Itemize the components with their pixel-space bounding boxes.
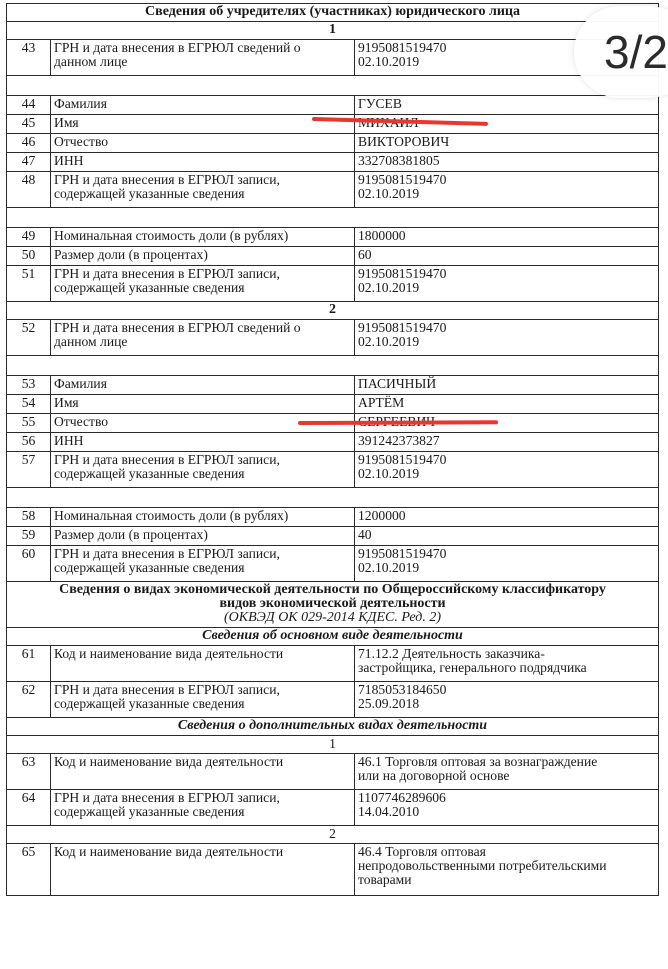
- row-number: 45: [7, 115, 51, 134]
- empty-cell: [7, 488, 659, 508]
- row-label: Код и наименование вида деятельности: [51, 646, 355, 682]
- table-row: 54ИмяАРТЁМ: [7, 395, 659, 414]
- row-value-line: 02.10.2019: [358, 561, 655, 575]
- row-value-line: непродовольственными потребительскими: [358, 859, 655, 873]
- row-label-line: ГРН и дата внесения в ЕГРЮЛ записи,: [54, 791, 351, 805]
- table-row: 53ФамилияПАСИЧНЫЙ: [7, 376, 659, 395]
- row-label-line: содержащей указанные сведения: [54, 561, 351, 575]
- row-label-line: ИНН: [54, 154, 351, 168]
- row-label-line: ГРН и дата внесения в ЕГРЮЛ записи,: [54, 173, 351, 187]
- row-number: 65: [7, 844, 51, 896]
- founder-index: 2: [7, 302, 659, 320]
- row-value-line: 9195081519470: [358, 321, 655, 335]
- row-label-line: ГРН и дата внесения в ЕГРЮЛ записи,: [54, 547, 351, 561]
- row-value: 919508151947002.10.2019: [355, 452, 659, 488]
- row-value: 919508151947002.10.2019: [355, 172, 659, 208]
- row-value-line: или на договорной основе: [358, 769, 655, 783]
- row-value: ГУСЕВ: [355, 96, 659, 115]
- row-value-line: 9195081519470: [358, 547, 655, 561]
- row-label-line: ГРН и дата внесения в ЕГРЮЛ сведений о: [54, 41, 351, 55]
- table-row: 56ИНН391242373827: [7, 433, 659, 452]
- row-value-line: 9195081519470: [358, 453, 655, 467]
- row-label: Номинальная стоимость доли (в рублях): [51, 228, 355, 247]
- row-label: Имя: [51, 395, 355, 414]
- row-number: 57: [7, 452, 51, 488]
- row-number: 47: [7, 153, 51, 172]
- founders-section-title-row: Сведения об учредителях (участниках) юри…: [7, 4, 659, 22]
- table-row: 61Код и наименование вида деятельности71…: [7, 646, 659, 682]
- spacer-row: [7, 356, 659, 376]
- row-number: 60: [7, 546, 51, 582]
- founder-index-text: 2: [10, 303, 655, 317]
- founders-activity-table: Сведения об учредителях (участниках) юри…: [6, 3, 659, 896]
- row-value-line: 14.04.2010: [358, 805, 655, 819]
- row-label: Фамилия: [51, 96, 355, 115]
- activity-index-text: 2: [10, 827, 655, 841]
- okved-section-title: Сведения о видах экономической деятельно…: [7, 582, 659, 628]
- row-label-line: Код и наименование вида деятельности: [54, 755, 351, 769]
- row-number: 51: [7, 266, 51, 302]
- row-value-line: ВИКТОРОВИЧ: [358, 135, 655, 149]
- row-number: 59: [7, 527, 51, 546]
- row-number: 54: [7, 395, 51, 414]
- row-number: 44: [7, 96, 51, 115]
- row-value-line: 46.4 Торговля оптовая: [358, 845, 655, 859]
- row-label: Фамилия: [51, 376, 355, 395]
- row-value-line: 46.1 Торговля оптовая за вознаграждение: [358, 755, 655, 769]
- row-number: 52: [7, 320, 51, 356]
- okved-section-title-text: Сведения о видах экономической деятельно…: [10, 583, 655, 597]
- row-label-line: содержащей указанные сведения: [54, 467, 351, 481]
- row-value: 718505318465025.09.2018: [355, 682, 659, 718]
- row-value: МИХАИЛ: [355, 115, 659, 134]
- row-value-line: 25.09.2018: [358, 697, 655, 711]
- row-label-line: Номинальная стоимость доли (в рублях): [54, 229, 351, 243]
- row-label: ГРН и дата внесения в ЕГРЮЛ записи,содер…: [51, 452, 355, 488]
- founder-index: 1: [7, 22, 659, 40]
- table-row: 48ГРН и дата внесения в ЕГРЮЛ записи,сод…: [7, 172, 659, 208]
- row-number: 48: [7, 172, 51, 208]
- row-number: 43: [7, 40, 51, 76]
- row-number: 63: [7, 754, 51, 790]
- row-value-line: 71.12.2 Деятельность заказчика-: [358, 647, 655, 661]
- table-row: 44ФамилияГУСЕВ: [7, 96, 659, 115]
- row-label-line: Имя: [54, 116, 351, 130]
- spacer-row: [7, 488, 659, 508]
- okved-section-title-row: Сведения о видах экономической деятельно…: [7, 582, 659, 628]
- activity-index: 2: [7, 826, 659, 844]
- row-label: Имя: [51, 115, 355, 134]
- founder-index-row: 1: [7, 22, 659, 40]
- row-label-line: Код и наименование вида деятельности: [54, 845, 351, 859]
- table-row: 43ГРН и дата внесения в ЕГРЮЛ сведений о…: [7, 40, 659, 76]
- empty-cell: [7, 356, 659, 376]
- spacer-row: [7, 76, 659, 96]
- table-row: 46ОтчествоВИКТОРОВИЧ: [7, 134, 659, 153]
- additional-activity-title-text: Сведения о дополнительных видах деятельн…: [10, 719, 655, 733]
- row-value-line: застройщика, генерального подрядчика: [358, 661, 655, 675]
- row-value: 919508151947002.10.2019: [355, 266, 659, 302]
- row-value: АРТЁМ: [355, 395, 659, 414]
- founders-section-title-text: Сведения об учредителях (участниках) юри…: [10, 5, 655, 19]
- empty-cell: [7, 76, 659, 96]
- row-label: ГРН и дата внесения в ЕГРЮЛ записи,содер…: [51, 790, 355, 826]
- table-row: 58Номинальная стоимость доли (в рублях)1…: [7, 508, 659, 527]
- row-value-line: 1107746289606: [358, 791, 655, 805]
- row-value-line: 02.10.2019: [358, 187, 655, 201]
- row-label-line: данном лице: [54, 335, 351, 349]
- row-label: Размер доли (в процентах): [51, 527, 355, 546]
- row-label-line: Фамилия: [54, 377, 351, 391]
- empty-cell: [7, 208, 659, 228]
- row-value-line: 40: [358, 528, 655, 542]
- main-activity-title-row: Сведения об основном виде деятельности: [7, 628, 659, 646]
- main-activity-title: Сведения об основном виде деятельности: [7, 628, 659, 646]
- row-label: ГРН и дата внесения в ЕГРЮЛ записи,содер…: [51, 266, 355, 302]
- row-label-line: содержащей указанные сведения: [54, 187, 351, 201]
- table-row: 49Номинальная стоимость доли (в рублях)1…: [7, 228, 659, 247]
- row-value-line: АРТЁМ: [358, 396, 655, 410]
- row-label: Код и наименование вида деятельности: [51, 844, 355, 896]
- additional-activity-title: Сведения о дополнительных видах деятельн…: [7, 718, 659, 736]
- table-row: 65Код и наименование вида деятельности46…: [7, 844, 659, 896]
- row-value: 919508151947002.10.2019: [355, 320, 659, 356]
- founder-index-text: 1: [10, 23, 655, 37]
- row-value-line: 02.10.2019: [358, 467, 655, 481]
- table-row: 59Размер доли (в процентах)40: [7, 527, 659, 546]
- row-value: 60: [355, 247, 659, 266]
- row-value-line: 02.10.2019: [358, 281, 655, 295]
- row-label-line: содержащей указанные сведения: [54, 281, 351, 295]
- row-number: 64: [7, 790, 51, 826]
- row-label: ГРН и дата внесения в ЕГРЮЛ записи,содер…: [51, 682, 355, 718]
- red-underline-mark-pasichny: [298, 420, 498, 425]
- row-value: 1200000: [355, 508, 659, 527]
- row-label-line: данном лице: [54, 55, 351, 69]
- row-label: Отчество: [51, 134, 355, 153]
- page-indicator: 3/2: [574, 6, 668, 98]
- row-label: Код и наименование вида деятельности: [51, 754, 355, 790]
- founders-section-title: Сведения об учредителях (участниках) юри…: [7, 4, 659, 22]
- table-row: 60ГРН и дата внесения в ЕГРЮЛ записи,сод…: [7, 546, 659, 582]
- row-value: ПАСИЧНЫЙ: [355, 376, 659, 395]
- row-label-line: Код и наименование вида деятельности: [54, 647, 351, 661]
- row-value-line: 1800000: [358, 229, 655, 243]
- table-row: 51ГРН и дата внесения в ЕГРЮЛ записи,сод…: [7, 266, 659, 302]
- main-activity-title-text: Сведения об основном виде деятельности: [10, 629, 655, 643]
- row-label-line: Отчество: [54, 135, 351, 149]
- row-value: ВИКТОРОВИЧ: [355, 134, 659, 153]
- row-label-line: ГРН и дата внесения в ЕГРЮЛ записи,: [54, 683, 351, 697]
- row-value: 46.1 Торговля оптовая за вознаграждениеи…: [355, 754, 659, 790]
- row-label-line: Имя: [54, 396, 351, 410]
- row-value: 71.12.2 Деятельность заказчика-застройщи…: [355, 646, 659, 682]
- row-value-line: 9195081519470: [358, 267, 655, 281]
- row-value: 919508151947002.10.2019: [355, 546, 659, 582]
- row-label: ГРН и дата внесения в ЕГРЮЛ записи,содер…: [51, 172, 355, 208]
- row-value-line: 60: [358, 248, 655, 262]
- row-value: 110774628960614.04.2010: [355, 790, 659, 826]
- page-indicator-text: 3/2: [604, 26, 668, 78]
- row-value: 46.4 Торговля оптоваянепродовольственным…: [355, 844, 659, 896]
- row-label: ИНН: [51, 433, 355, 452]
- table-row: 63Код и наименование вида деятельности46…: [7, 754, 659, 790]
- row-label: ГРН и дата внесения в ЕГРЮЛ записи,содер…: [51, 546, 355, 582]
- row-number: 50: [7, 247, 51, 266]
- row-value-line: 7185053184650: [358, 683, 655, 697]
- row-number: 62: [7, 682, 51, 718]
- additional-activity-title-row: Сведения о дополнительных видах деятельн…: [7, 718, 659, 736]
- activity-index: 1: [7, 736, 659, 754]
- row-value-line: 1200000: [358, 509, 655, 523]
- row-value-line: ПАСИЧНЫЙ: [358, 377, 655, 391]
- row-value-line: 9195081519470: [358, 173, 655, 187]
- row-number: 56: [7, 433, 51, 452]
- egrul-extract-page: Сведения об учредителях (участниках) юри…: [6, 3, 658, 896]
- row-label-line: Фамилия: [54, 97, 351, 111]
- table-row: 57ГРН и дата внесения в ЕГРЮЛ записи,сод…: [7, 452, 659, 488]
- activity-index-row: 1: [7, 736, 659, 754]
- row-label-line: ГРН и дата внесения в ЕГРЮЛ сведений о: [54, 321, 351, 335]
- row-label: Размер доли (в процентах): [51, 247, 355, 266]
- okved-section-title-subtitle: (ОКВЭД ОК 029-2014 КДЕС. Ред. 2): [10, 611, 655, 625]
- row-label: ГРН и дата внесения в ЕГРЮЛ сведений ода…: [51, 320, 355, 356]
- row-label-line: содержащей указанные сведения: [54, 697, 351, 711]
- okved-section-title-text: видов экономической деятельности: [10, 597, 655, 611]
- spacer-row: [7, 208, 659, 228]
- row-label-line: ГРН и дата внесения в ЕГРЮЛ записи,: [54, 453, 351, 467]
- row-number: 61: [7, 646, 51, 682]
- row-label: ГРН и дата внесения в ЕГРЮЛ сведений ода…: [51, 40, 355, 76]
- row-number: 55: [7, 414, 51, 433]
- row-label: Номинальная стоимость доли (в рублях): [51, 508, 355, 527]
- row-value-line: 391242373827: [358, 434, 655, 448]
- row-label-line: содержащей указанные сведения: [54, 805, 351, 819]
- row-label: ИНН: [51, 153, 355, 172]
- table-row: 50Размер доли (в процентах)60: [7, 247, 659, 266]
- row-value: 1800000: [355, 228, 659, 247]
- table-row: 62ГРН и дата внесения в ЕГРЮЛ записи,сод…: [7, 682, 659, 718]
- row-label-line: Размер доли (в процентах): [54, 528, 351, 542]
- row-number: 46: [7, 134, 51, 153]
- table-row: 64ГРН и дата внесения в ЕГРЮЛ записи,сод…: [7, 790, 659, 826]
- row-value-line: 02.10.2019: [358, 335, 655, 349]
- row-label-line: Размер доли (в процентах): [54, 248, 351, 262]
- row-label-line: ИНН: [54, 434, 351, 448]
- founder-index-row: 2: [7, 302, 659, 320]
- table-row: 47ИНН332708381805: [7, 153, 659, 172]
- row-number: 53: [7, 376, 51, 395]
- table-row: 52ГРН и дата внесения в ЕГРЮЛ сведений о…: [7, 320, 659, 356]
- row-value-line: ГУСЕВ: [358, 97, 655, 111]
- activity-index-row: 2: [7, 826, 659, 844]
- row-value-line: 332708381805: [358, 154, 655, 168]
- row-label-line: Номинальная стоимость доли (в рублях): [54, 509, 351, 523]
- row-value: 391242373827: [355, 433, 659, 452]
- row-value-line: товарами: [358, 873, 655, 887]
- row-value: 40: [355, 527, 659, 546]
- row-value: 332708381805: [355, 153, 659, 172]
- activity-index-text: 1: [10, 737, 655, 751]
- row-number: 49: [7, 228, 51, 247]
- row-number: 58: [7, 508, 51, 527]
- row-label-line: ГРН и дата внесения в ЕГРЮЛ записи,: [54, 267, 351, 281]
